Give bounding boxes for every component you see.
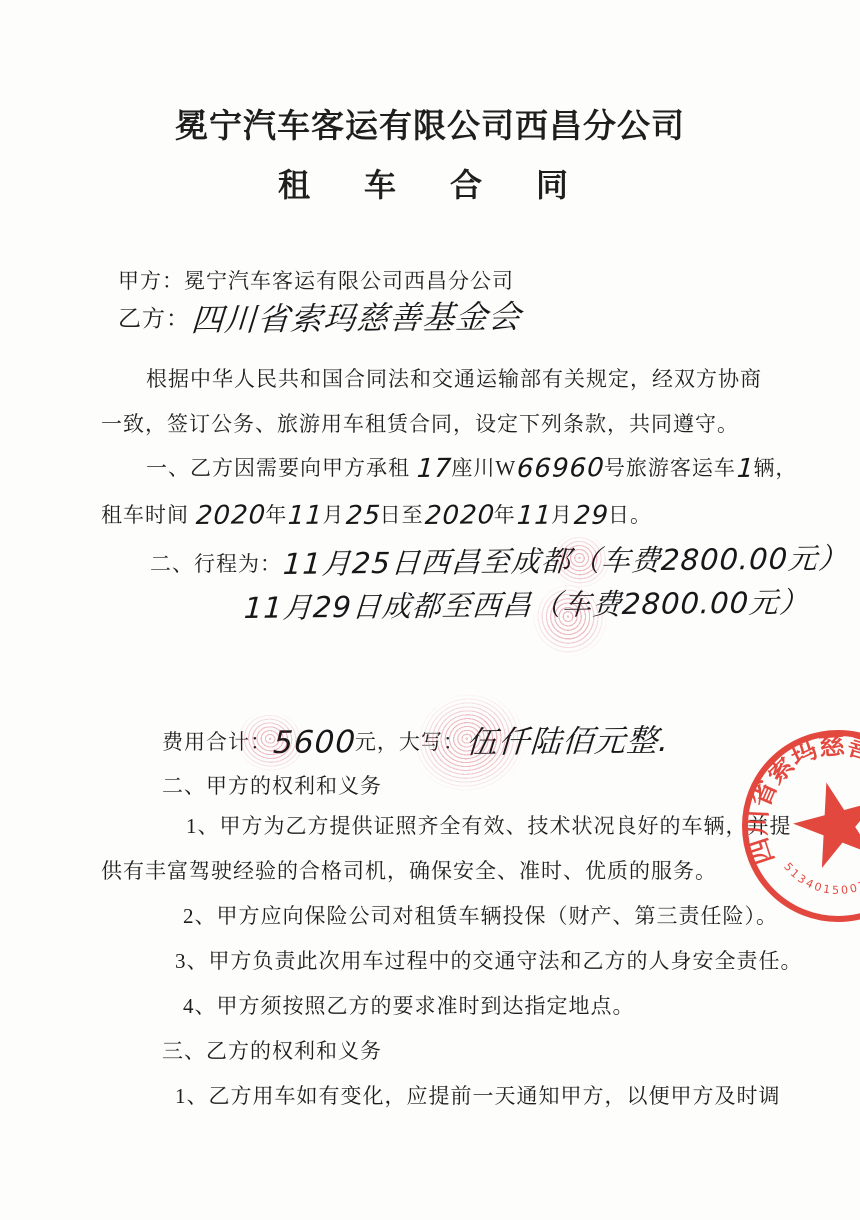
company-title: 冕宁汽车客运有限公司西昌分公司: [0, 100, 860, 147]
party-a-item-2: 2、甲方应向保险公司对租赁车辆投保（财产、第三责任险）。: [183, 903, 778, 929]
preamble-line-2: 一致，签订公务、旅游用车租赁合同，设定下列条款，共同遵守。: [101, 411, 739, 437]
party-a-line: 甲方：冕宁汽车客运有限公司西昌分公司: [118, 268, 514, 294]
seat-count-handwritten: 17: [416, 453, 453, 486]
section-party-a-heading: 二、甲方的权利和义务: [162, 773, 382, 799]
fee-label: 费用合计：: [162, 730, 272, 754]
clause-one-print-4: 辆，: [753, 456, 797, 480]
preamble-line-1: 根据中华人民共和国合同法和交通运输部有关规定，经双方协商: [146, 366, 762, 392]
party-a-item-1-line-1: 1、甲方为乙方提供证照齐全有效、技术状况良好的车辆，并提: [186, 813, 792, 839]
party-a-item-4: 4、甲方须按照乙方的要求准时到达指定地点。: [183, 993, 635, 1019]
start-month-handwritten: 11: [287, 500, 324, 533]
itinerary-return-handwritten: 11月29日成都至西昌（车费2800.00元）: [243, 584, 810, 626]
day-end-char: 日。: [608, 503, 652, 527]
foundation-seal: 四川省索玛慈善基金会 51340150078: [738, 726, 860, 926]
itinerary-label: 二、行程为：: [150, 552, 282, 576]
seal-star-icon: [785, 771, 860, 872]
itinerary-line-2: 11月29日成都至西昌（车费2800.00元）: [243, 590, 808, 626]
year-char-1: 年: [265, 503, 287, 527]
party-a-item-1-line-2: 供有丰富驾驶经验的合格司机，确保安全、准时、优质的服务。: [101, 858, 717, 884]
month-char-2: 月: [551, 503, 573, 527]
to-char: 日至: [380, 503, 424, 527]
contract-title: 租 车 合 同: [0, 160, 860, 206]
start-year-handwritten: 2020: [195, 499, 267, 532]
party-a-name: 冕宁汽车客运有限公司西昌分公司: [184, 269, 514, 293]
party-b-item-1: 1、乙方用车如有变化，应提前一天通知甲方，以便甲方及时调: [175, 1083, 781, 1109]
vehicle-count-handwritten: 1: [736, 453, 755, 486]
itinerary-outbound-handwritten: 11月25日西昌至成都（车费2800.00元）: [282, 540, 849, 582]
rental-period-label: 租车时间: [101, 503, 195, 527]
party-a-item-3: 3、甲方负责此次用车过程中的交通守法和乙方的人身安全责任。: [175, 948, 803, 974]
end-month-handwritten: 11: [516, 500, 553, 533]
party-b-name-handwritten: 四川省索玛慈善基金会: [190, 297, 523, 340]
fee-amount-handwritten: 5600: [272, 723, 357, 763]
clause-one-print-1: 一、乙方因需要向甲方承租: [146, 456, 416, 480]
section-party-b-heading: 三、乙方的权利和义务: [162, 1038, 382, 1064]
fee-amount-words-handwritten: 伍仟陆佰元整.: [465, 722, 670, 763]
clause-one-print-2: 座川W: [451, 456, 516, 480]
party-b-line: 乙方：四川省索玛慈善基金会: [118, 300, 520, 340]
fee-line: 费用合计：5600元，大写：伍仟陆佰元整.: [162, 724, 668, 763]
plate-number-handwritten: 66960: [516, 452, 606, 485]
clause-one-line-1: 一、乙方因需要向甲方承租 17座川W66960号旅游客运车1辆，: [146, 453, 797, 486]
end-year-handwritten: 2020: [424, 499, 496, 532]
clause-one-print-3: 号旅游客运车: [604, 456, 736, 480]
month-char-1: 月: [323, 503, 345, 527]
end-day-handwritten: 29: [573, 500, 610, 533]
year-char-2: 年: [494, 503, 516, 527]
start-day-handwritten: 25: [345, 500, 382, 533]
seal-serial-number: 51340150078: [781, 860, 860, 897]
itinerary-line-1: 二、行程为：11月25日西昌至成都（车费2800.00元）: [150, 546, 847, 582]
clause-one-line-2: 租车时间 2020年11月25日至2020年11月29日。: [101, 500, 652, 533]
contract-scan-page: 冕宁汽车客运有限公司西昌分公司 租 车 合 同 甲方：冕宁汽车客运有限公司西昌分…: [0, 0, 860, 1220]
party-b-label: 乙方：: [118, 306, 190, 331]
seal-arc-text: 四川省索玛慈善基金会: [742, 729, 860, 868]
party-a-label: 甲方：: [118, 269, 184, 293]
fee-words-label: 元，大写：: [355, 730, 465, 754]
